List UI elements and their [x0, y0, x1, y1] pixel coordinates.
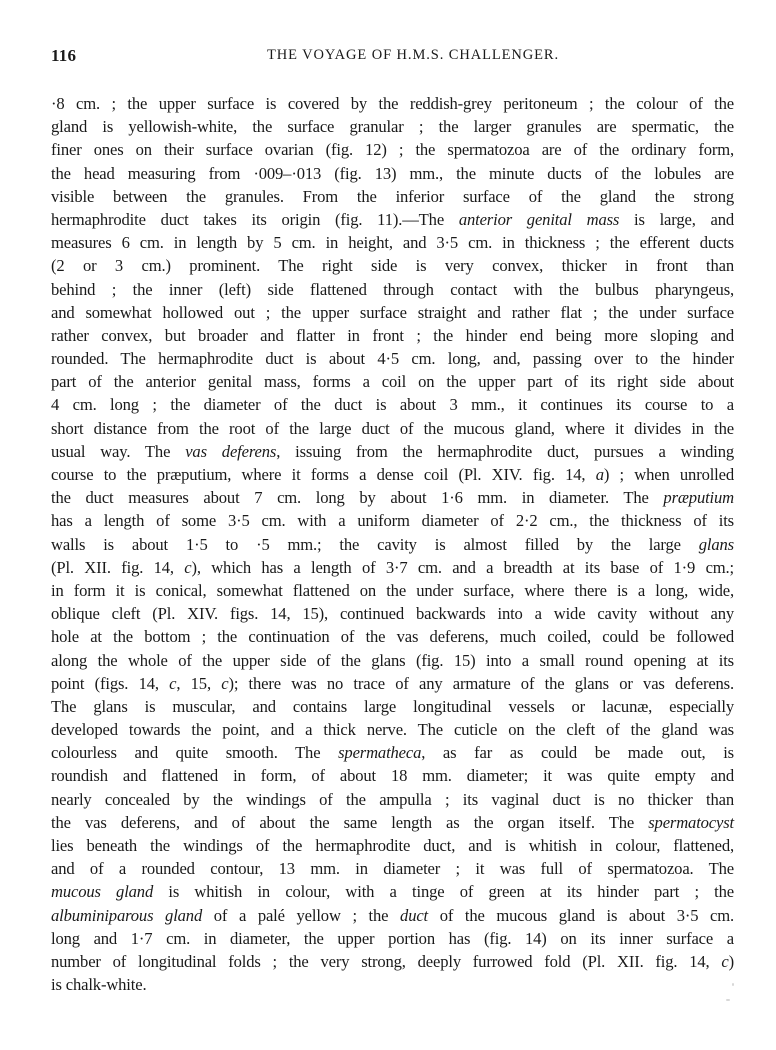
text-segment: point (figs. 14,	[51, 674, 169, 693]
text-segment: (Pl. XII. fig. 14,	[51, 558, 184, 577]
text-segment: usual way. The	[51, 442, 185, 461]
text-segment: 4 cm. long ; the diameter of the duct is…	[51, 395, 734, 414]
text-segment: is chalk-white.	[51, 975, 146, 994]
text-line: oblique cleft (Pl. XIV. figs. 14, 15), c…	[51, 602, 734, 625]
text-line: hole at the bottom ; the continuation of…	[51, 625, 734, 648]
running-head: 116 THE VOYAGE OF H.M.S. CHALLENGER.	[51, 46, 735, 68]
italic-term: spermatheca	[338, 743, 421, 762]
text-line: behind ; the inner (left) side flattened…	[51, 278, 734, 301]
text-segment: of the mucous gland is about 3·5 cm.	[428, 906, 734, 925]
italic-term: anterior genital mass	[459, 210, 619, 229]
text-segment: The glans is muscular, and contains larg…	[51, 697, 734, 716]
text-line: usual way. The vas deferens, issuing fro…	[51, 440, 734, 463]
text-segment: hermaphrodite duct takes its origin (fig…	[51, 210, 459, 229]
text-segment: along the whole of the upper side of the…	[51, 651, 734, 670]
text-segment: ·8 cm. ; the upper surface is covered by…	[51, 94, 734, 113]
text-segment: oblique cleft (Pl. XIV. figs. 14, 15), c…	[51, 604, 734, 623]
body-paragraph: ·8 cm. ; the upper surface is covered by…	[51, 92, 734, 996]
text-line: the duct measures about 7 cm. long by ab…	[51, 486, 734, 509]
text-line: and somewhat hollowed out ; the upper su…	[51, 301, 734, 324]
text-line: visible between the granules. From the i…	[51, 185, 734, 208]
text-segment: rounded. The hermaphrodite duct is about…	[51, 349, 734, 368]
book-page: 116 THE VOYAGE OF H.M.S. CHALLENGER. ·8 …	[0, 0, 776, 1050]
text-segment: , as far as could be made out, is	[421, 743, 734, 762]
text-segment: developed towards the point, and a thick…	[51, 720, 734, 739]
running-title: THE VOYAGE OF H.M.S. CHALLENGER.	[51, 47, 735, 64]
text-segment: ) ; when unrolled	[604, 465, 734, 484]
text-line: is chalk-white.	[51, 973, 734, 996]
text-segment: rather convex, but broader and flatter i…	[51, 326, 734, 345]
text-line: in form it is conical, somewhat flattene…	[51, 579, 734, 602]
text-segment: is whitish in colour, with a tinge of gr…	[153, 882, 734, 901]
italic-term: duct	[400, 906, 428, 925]
italic-term: glans	[699, 535, 734, 554]
text-line: developed towards the point, and a thick…	[51, 718, 734, 741]
text-line: measures 6 cm. in length by 5 cm. in hei…	[51, 231, 734, 254]
text-segment: walls is about 1·5 to ·5 mm.; the cavity…	[51, 535, 699, 554]
text-line: long and 1·7 cm. in diameter, the upper …	[51, 927, 734, 950]
text-segment: nearly concealed by the windings of the …	[51, 790, 734, 809]
text-segment: of a palé yellow ; the	[202, 906, 400, 925]
text-line: point (figs. 14, c, 15, c); there was no…	[51, 672, 734, 695]
italic-term: a	[596, 465, 604, 484]
italic-term: præputium	[663, 488, 734, 507]
text-line: mucous gland is whitish in colour, with …	[51, 880, 734, 903]
text-segment: has a length of some 3·5 cm. with a unif…	[51, 511, 734, 530]
text-segment: lies beneath the windings of the hermaph…	[51, 836, 734, 855]
scan-specks	[722, 983, 736, 1003]
text-line: rather convex, but broader and flatter i…	[51, 324, 734, 347]
text-line: 4 cm. long ; the diameter of the duct is…	[51, 393, 734, 416]
text-line: ·8 cm. ; the upper surface is covered by…	[51, 92, 734, 115]
text-segment: the vas deferens, and of about the same …	[51, 813, 648, 832]
text-line: rounded. The hermaphrodite duct is about…	[51, 347, 734, 370]
text-line: gland is yellowish-white, the surface gr…	[51, 115, 734, 138]
text-segment: colourless and quite smooth. The	[51, 743, 338, 762]
text-line: has a length of some 3·5 cm. with a unif…	[51, 509, 734, 532]
text-segment: gland is yellowish-white, the surface gr…	[51, 117, 734, 136]
text-segment: ); there was no trace of any armature of…	[228, 674, 734, 693]
text-line: the head measuring from ·009–·013 (fig. …	[51, 162, 734, 185]
text-segment: is large, and	[619, 210, 734, 229]
text-segment: , 15,	[176, 674, 221, 693]
text-line: short distance from the root of the larg…	[51, 417, 734, 440]
text-line: the vas deferens, and of about the same …	[51, 811, 734, 834]
text-line: albuminiparous gland of a palé yellow ; …	[51, 904, 734, 927]
text-segment: long and 1·7 cm. in diameter, the upper …	[51, 929, 734, 948]
text-segment: in form it is conical, somewhat flattene…	[51, 581, 734, 600]
text-segment: )	[729, 952, 734, 971]
italic-term: c	[721, 952, 728, 971]
text-segment: (2 or 3 cm.) prominent. The right side i…	[51, 256, 734, 275]
text-line: roundish and flattened in form, of about…	[51, 764, 734, 787]
text-segment: and of a rounded contour, 13 mm. in diam…	[51, 859, 734, 878]
text-line: and of a rounded contour, 13 mm. in diam…	[51, 857, 734, 880]
text-line: walls is about 1·5 to ·5 mm.; the cavity…	[51, 533, 734, 556]
text-segment: measures 6 cm. in length by 5 cm. in hei…	[51, 233, 734, 252]
text-line: (Pl. XII. fig. 14, c), which has a lengt…	[51, 556, 734, 579]
text-segment: hole at the bottom ; the continuation of…	[51, 627, 734, 646]
text-segment: course to the præputium, where it forms …	[51, 465, 596, 484]
text-segment: the head measuring from ·009–·013 (fig. …	[51, 164, 734, 183]
text-segment: behind ; the inner (left) side flattened…	[51, 280, 734, 299]
italic-term: vas deferens	[185, 442, 276, 461]
text-line: course to the præputium, where it forms …	[51, 463, 734, 486]
italic-term: albuminiparous gland	[51, 906, 202, 925]
text-segment: the duct measures about 7 cm. long by ab…	[51, 488, 663, 507]
italic-term: spermatocyst	[648, 813, 734, 832]
text-line: (2 or 3 cm.) prominent. The right side i…	[51, 254, 734, 277]
text-line: lies beneath the windings of the hermaph…	[51, 834, 734, 857]
text-line: number of longitudinal folds ; the very …	[51, 950, 734, 973]
text-segment: number of longitudinal folds ; the very …	[51, 952, 721, 971]
text-line: along the whole of the upper side of the…	[51, 649, 734, 672]
text-segment: finer ones on their surface ovarian (fig…	[51, 140, 734, 159]
text-line: colourless and quite smooth. The spermat…	[51, 741, 734, 764]
text-segment: short distance from the root of the larg…	[51, 419, 734, 438]
italic-term: mucous gland	[51, 882, 153, 901]
text-segment: visible between the granules. From the i…	[51, 187, 734, 206]
text-line: hermaphrodite duct takes its origin (fig…	[51, 208, 734, 231]
text-line: finer ones on their surface ovarian (fig…	[51, 138, 734, 161]
text-segment: , issuing from the hermaphrodite duct, p…	[276, 442, 734, 461]
text-line: part of the anterior genital mass, forms…	[51, 370, 734, 393]
text-line: nearly concealed by the windings of the …	[51, 788, 734, 811]
text-segment: part of the anterior genital mass, forms…	[51, 372, 734, 391]
text-segment: and somewhat hollowed out ; the upper su…	[51, 303, 734, 322]
text-segment: ), which has a length of 3·7 cm. and a b…	[191, 558, 734, 577]
text-segment: roundish and flattened in form, of about…	[51, 766, 734, 785]
text-line: The glans is muscular, and contains larg…	[51, 695, 734, 718]
